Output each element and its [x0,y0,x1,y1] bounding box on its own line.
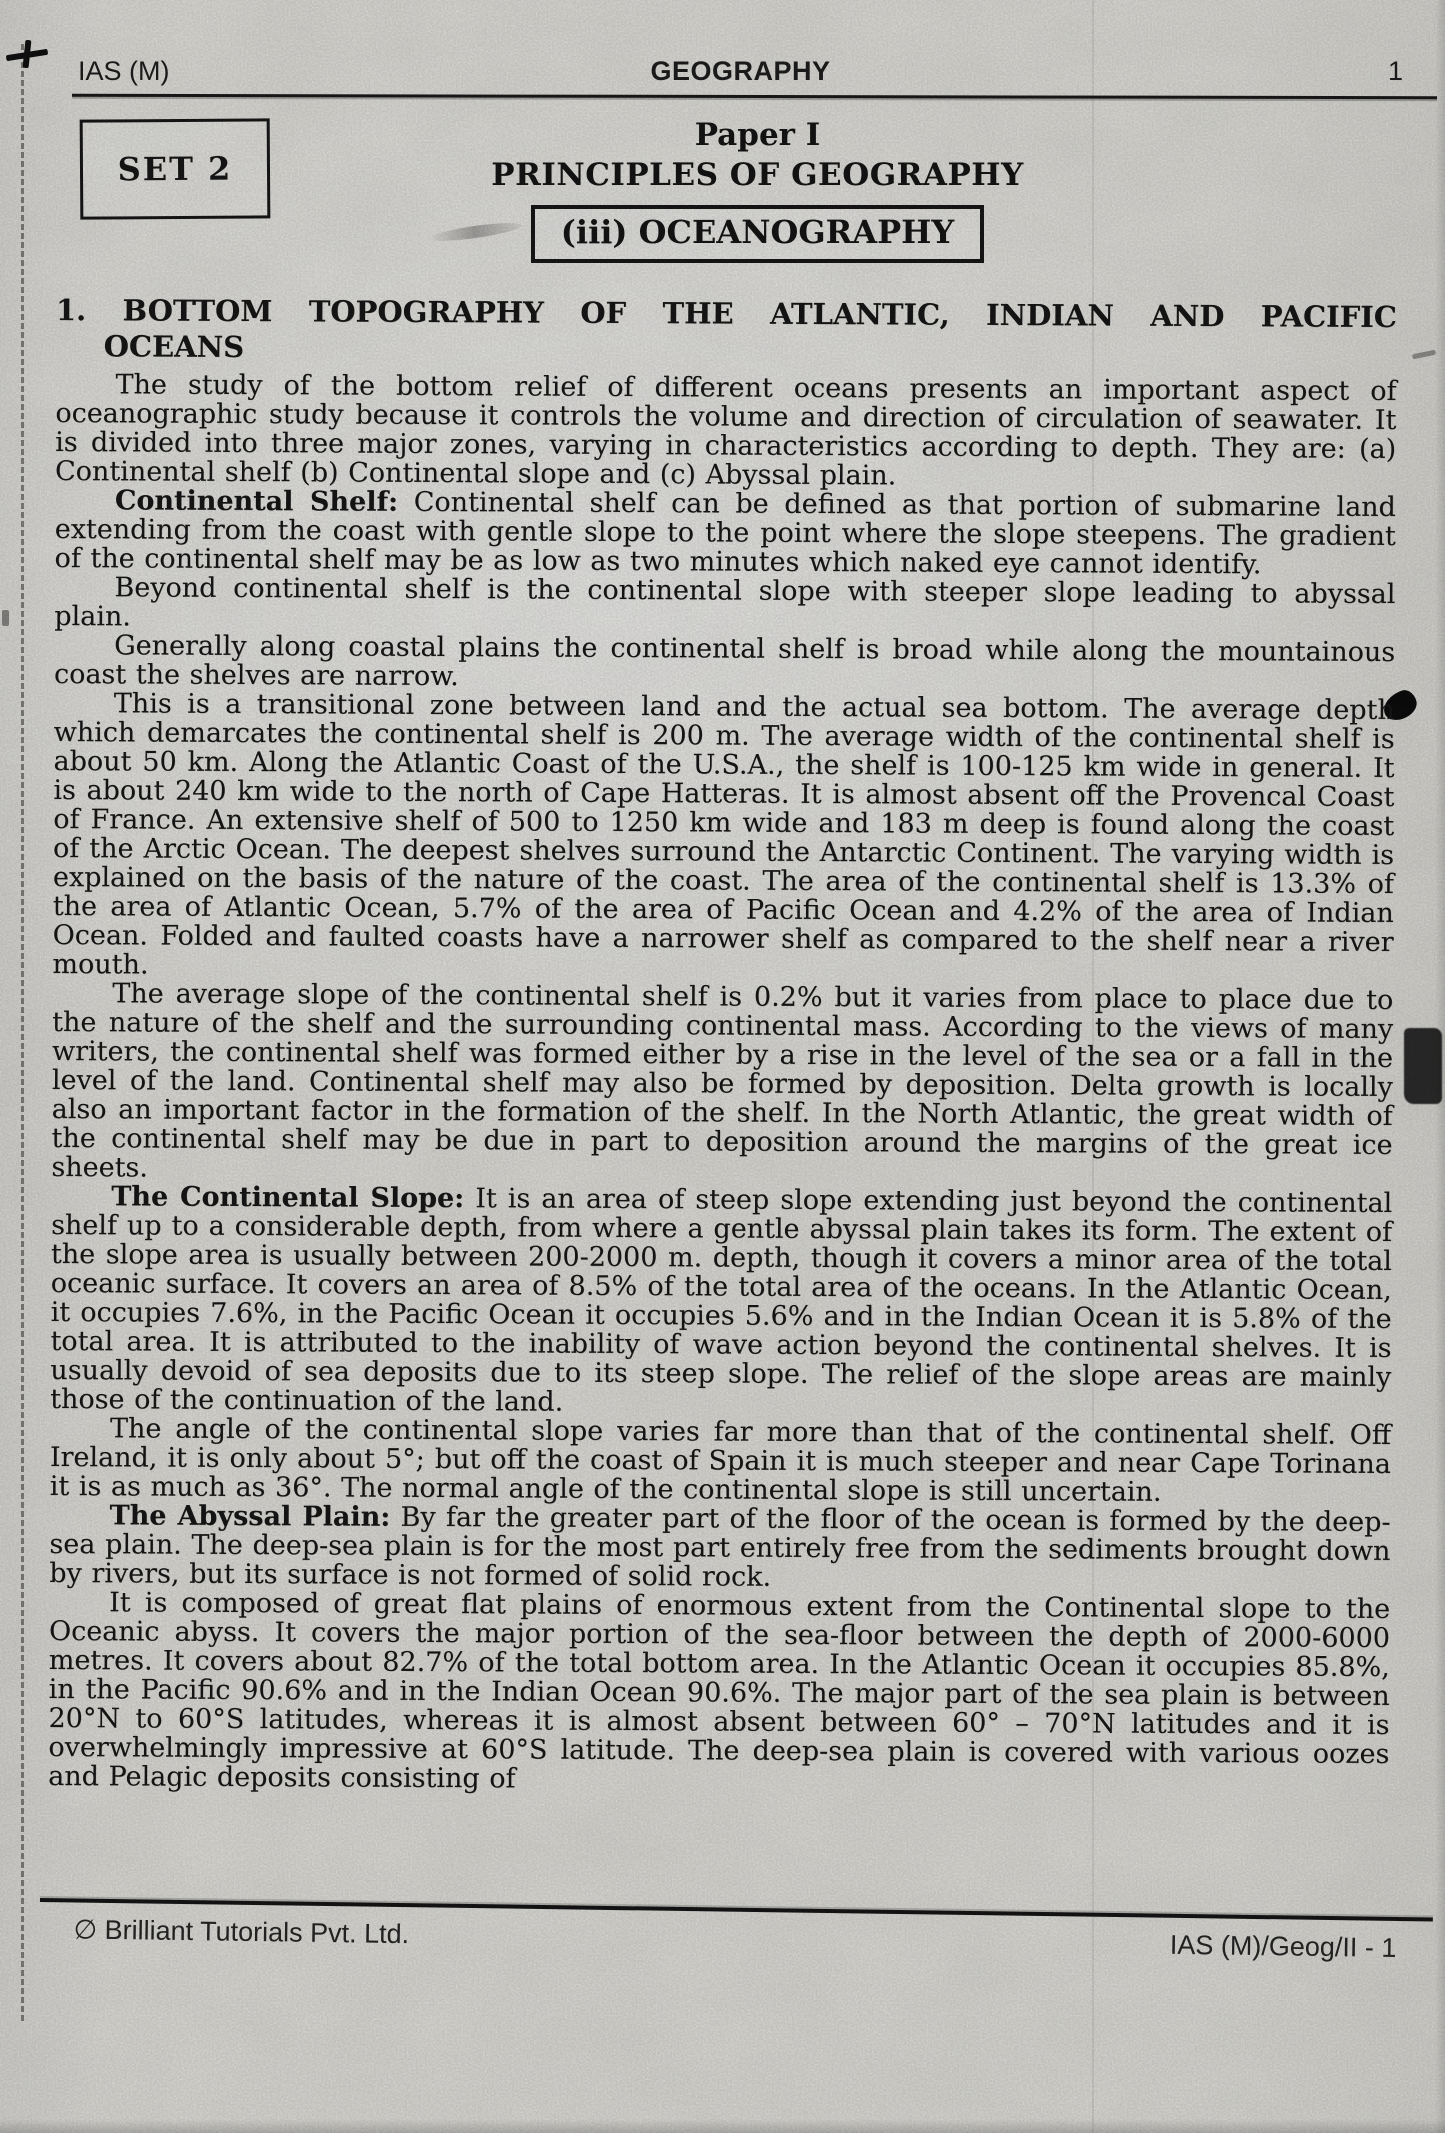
paragraph: The Abyssal Plain: By far the greater pa… [49,1501,1390,1595]
paragraph-lead: Continental Shelf: [115,485,398,517]
paragraph-text: The average slope of the continental she… [51,978,1393,1183]
body-text: The study of the bottom relief of differ… [48,370,1396,1798]
footer-publisher: ∅ Brilliant Tutorials Pvt. Ltd. [73,1914,409,1950]
paragraph-text: It is composed of great flat plains of e… [48,1587,1390,1794]
ink-speck [1412,350,1437,360]
paper-number: Paper I [130,118,1385,152]
footer-doc-code: IAS (M)/Geog/II - 1 [1170,1930,1397,1964]
masthead: Paper I PRINCIPLES OF GEOGRAPHY (iii) OC… [130,118,1385,263]
ink-speck [2,610,9,626]
header-subject-title: GEOGRAPHY [298,56,1183,87]
article: 1. BOTTOM TOPOGRAPHY OF THE ATLANTIC, IN… [48,292,1397,1798]
scanner-edge-shadow [1435,0,1445,2133]
paper-title: PRINCIPLES OF GEOGRAPHY [130,158,1385,192]
paragraph: Beyond continental shelf is the continen… [54,573,1395,638]
paragraph-text: Beyond continental shelf is the continen… [54,572,1395,632]
page-header: IAS (M) GEOGRAPHY 1 [78,56,1403,87]
chapter-subtitle-box: (iii) OCEANOGRAPHY [531,205,984,263]
page-footer: ∅ Brilliant Tutorials Pvt. Ltd. IAS (M)/… [39,1898,1433,1964]
paragraph-text: Generally along coastal plains the conti… [54,630,1395,692]
paragraph-lead: The Continental Slope: [111,1181,464,1214]
section-number: 1. [56,293,86,327]
paragraph: The study of the bottom relief of differ… [55,370,1397,493]
paragraph-text: It is an area of steep slope extending j… [50,1183,1392,1418]
paragraph-text: The study of the bottom relief of differ… [55,369,1397,491]
paragraph-text: The angle of the continental slope varie… [50,1413,1391,1508]
section-title: BOTTOM TOPOGRAPHY OF THE ATLANTIC, INDIA… [104,293,1397,364]
chapter-subtitle: (iii) OCEANOGRAPHY [561,213,954,251]
section-heading: 1. BOTTOM TOPOGRAPHY OF THE ATLANTIC, IN… [56,292,1397,371]
paragraph-lead: The Abyssal Plain: [110,1500,391,1532]
scanner-edge-shadow [0,2119,1445,2133]
paragraph: Continental Shelf: Continental shelf can… [55,486,1396,580]
paragraph: The angle of the continental slope varie… [50,1414,1391,1508]
header-rule [72,94,1437,99]
paragraph: This is a transitional zone between land… [52,689,1395,986]
header-exam-code: IAS (M) [78,56,298,87]
paragraph: It is composed of great flat plains of e… [48,1588,1390,1798]
paragraph: The Continental Slope: It is an area of … [50,1182,1392,1421]
paragraph: The average slope of the continental she… [51,979,1393,1189]
paragraph-text: This is a transitional zone between land… [52,688,1395,980]
paragraph: Generally along coastal plains the conti… [54,631,1395,696]
scanned-document-page: IAS (M) GEOGRAPHY 1 SET 2 Paper I PRINCI… [0,0,1445,2133]
header-page-number: 1 [1183,56,1403,87]
binder-edge-dashes [21,44,24,2021]
